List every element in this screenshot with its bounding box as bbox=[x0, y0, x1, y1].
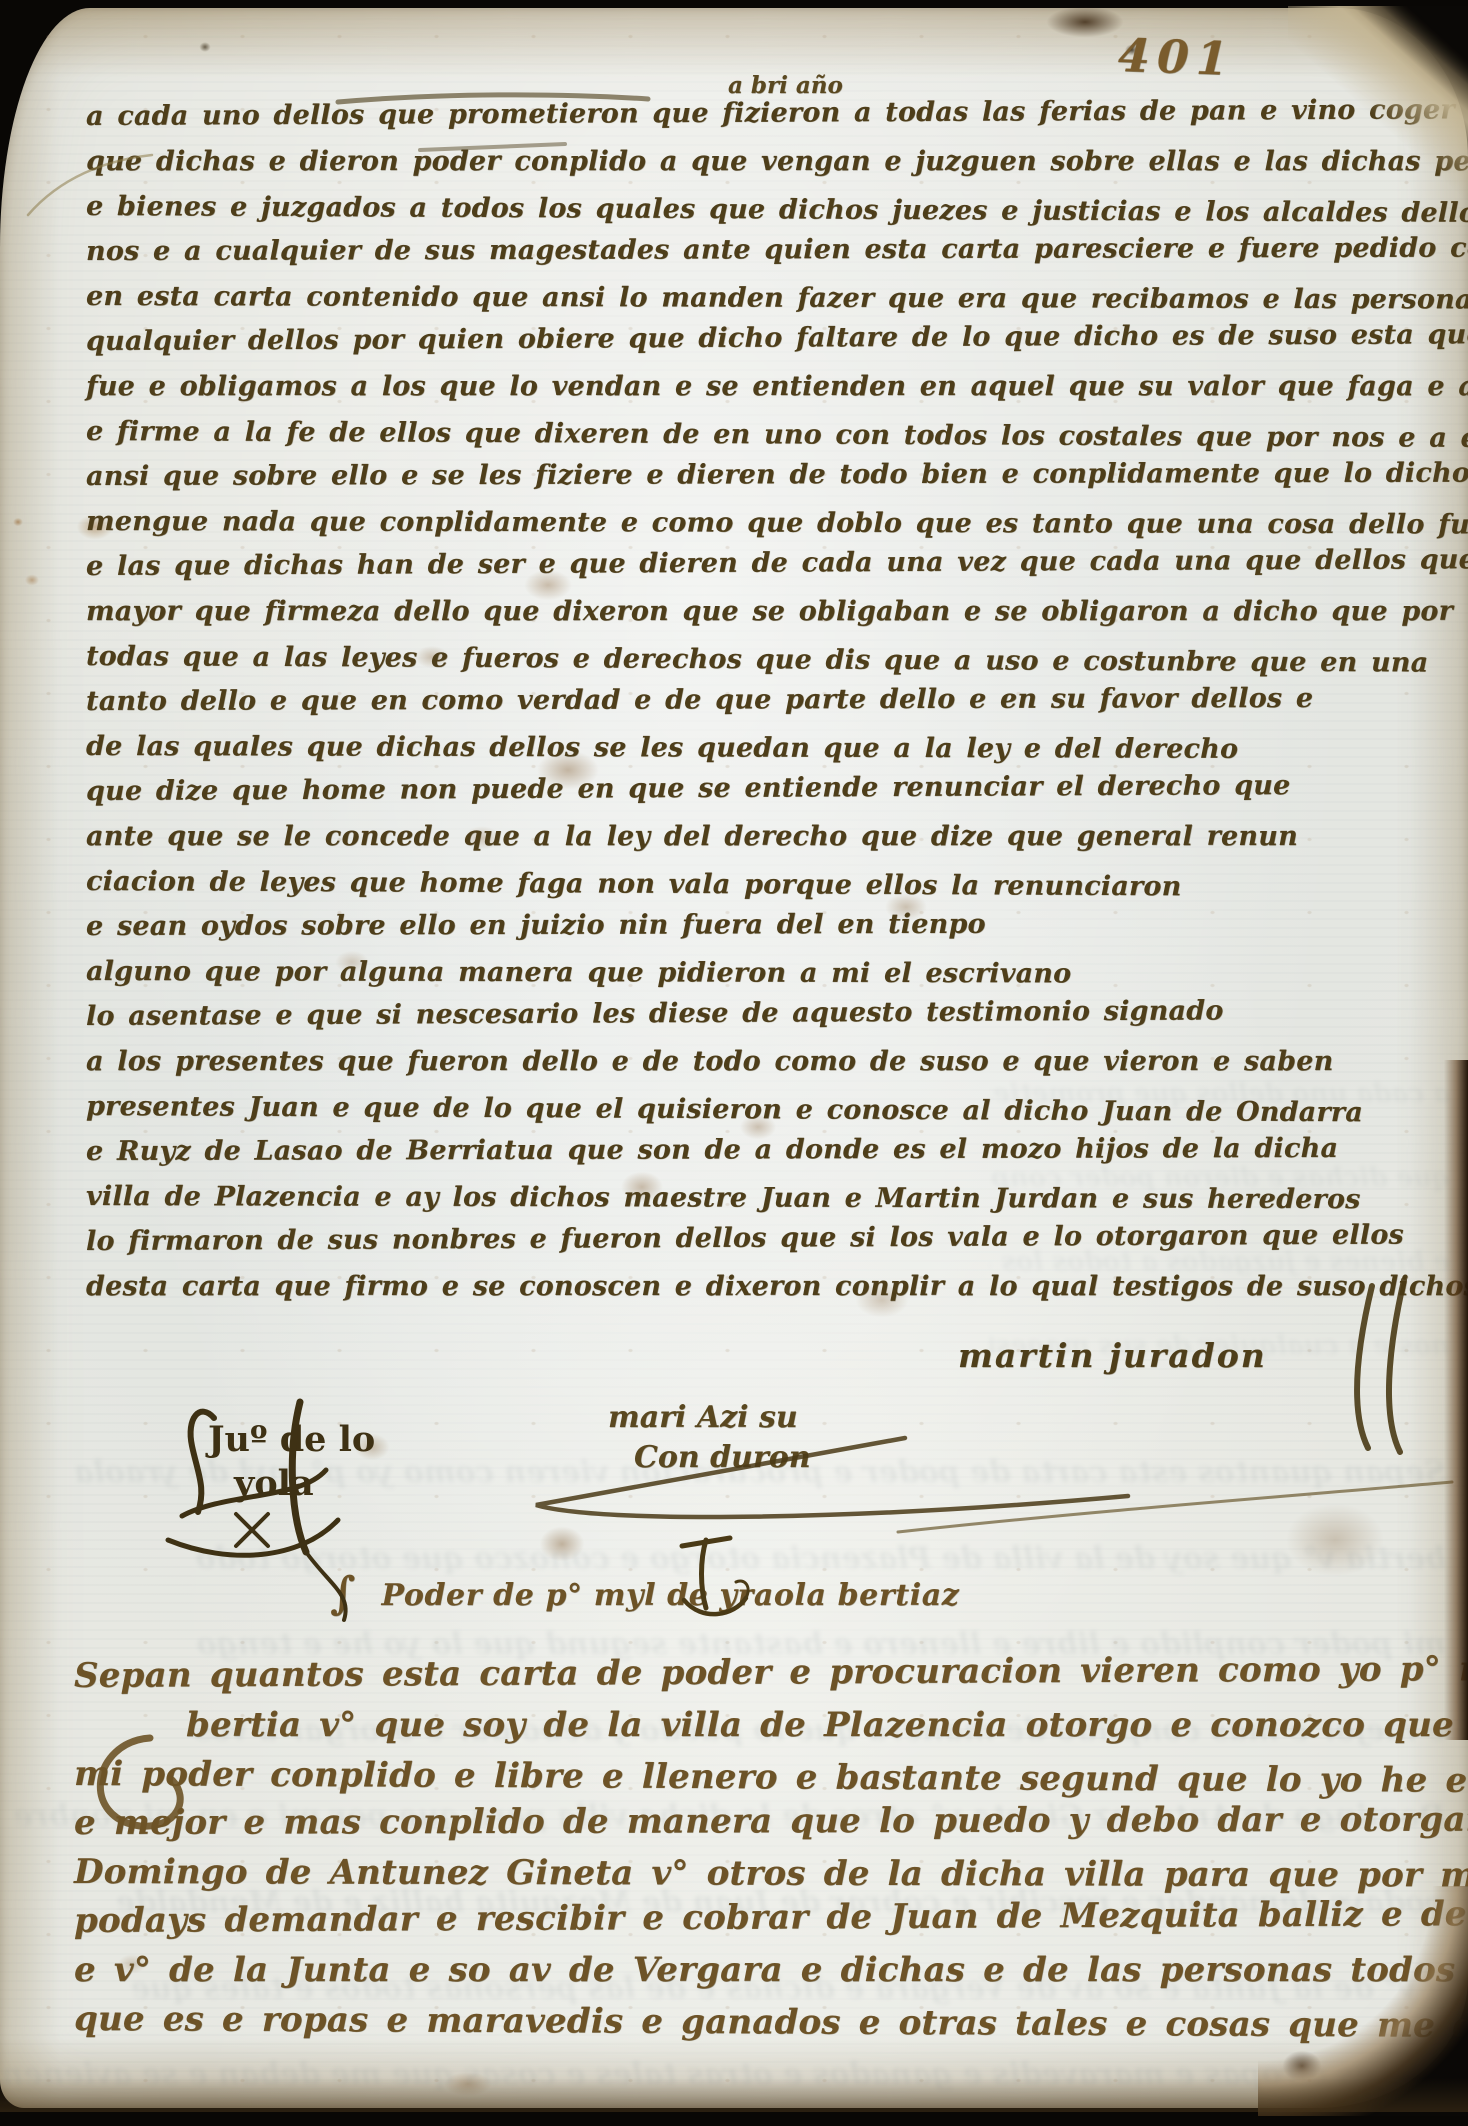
witness-signature-line2: Con duron bbox=[608, 1438, 811, 1478]
notary-rubric: Juº de lo yola bbox=[208, 1418, 375, 1506]
manuscript-line: desta carta que firmo e se conoscen e di… bbox=[86, 1264, 1446, 1309]
manuscript-line: que dize que home non puede en que se en… bbox=[86, 762, 1446, 814]
manuscript-line: bertia v° que soy de la villa de Plazenc… bbox=[74, 1701, 1466, 1750]
manuscript-line: ansi que sobre ello e se les fiziere e d… bbox=[86, 451, 1446, 499]
body-text-block: a cada uno dellos que prometieron que fi… bbox=[86, 94, 1446, 1309]
manuscript-line: e v° de la Junta e so av de Vergara e di… bbox=[74, 1946, 1466, 1995]
witness-signature: mari Azi su Con duron bbox=[608, 1398, 811, 1478]
manuscript-line: que dichas e dieron poder conplido a que… bbox=[86, 139, 1446, 184]
section-heading: Poder de p° myl de yraola bertiaz bbox=[381, 1574, 959, 1613]
notary-rubric-line2: yola bbox=[208, 1462, 375, 1506]
paragraph-sign-icon: ∫ bbox=[330, 1574, 355, 1614]
witness-signature-line1: mari Azi su bbox=[608, 1398, 811, 1438]
second-paragraph-block: Sepan quantos esta carta de poder e proc… bbox=[74, 1652, 1466, 2044]
manuscript-line: fue e obligamos a los que lo vendan e se… bbox=[86, 364, 1446, 409]
manuscript-line: e mejor e mas conplido de manera que lo … bbox=[74, 1796, 1466, 1848]
manuscript-line: lo asentase e que si nescesario les dies… bbox=[86, 987, 1446, 1039]
manuscript-line: Sepan quantos esta carta de poder e proc… bbox=[74, 1645, 1466, 1701]
manuscript-line: lo firmaron de sus nonbres e fueron dell… bbox=[86, 1212, 1446, 1264]
manuscript-line: e las que dichas han de ser e que dieren… bbox=[86, 537, 1446, 589]
manuscript-line: nos e a cualquier de sus magestades ante… bbox=[86, 226, 1446, 274]
manuscript-line: e Ruyz de Lasao de Berriatua que son de … bbox=[86, 1126, 1446, 1174]
manuscript-line: podays demandar e rescibir e cobrar de J… bbox=[74, 1890, 1466, 1946]
closing-name: martin juradon bbox=[958, 1336, 1267, 1375]
manuscript-line: mayor que firmeza dello que dixeron que … bbox=[86, 589, 1446, 634]
manuscript-scan: Sepan quantos esta carta de poder e proc… bbox=[0, 0, 1468, 2126]
manuscript-line: que es e ropas e maravedis e ganados e o… bbox=[74, 1995, 1466, 2051]
manuscript-line: ante que se le concede que a la ley del … bbox=[86, 814, 1446, 859]
manuscript-line: e sean oydos sobre ello en juizio nin fu… bbox=[86, 901, 1446, 949]
folio-number: 401 bbox=[1117, 28, 1236, 86]
notary-rubric-line1: Juº de lo bbox=[208, 1418, 375, 1462]
manuscript-line: tanto dello e que en como verdad e de qu… bbox=[86, 676, 1446, 724]
section-heading-row: ∫ Poder de p° myl de yraola bertiaz bbox=[330, 1574, 959, 1614]
manuscript-line: a los presentes que fueron dello e de to… bbox=[86, 1039, 1446, 1084]
manuscript-line: a cada uno dellos que prometieron que fi… bbox=[86, 87, 1446, 139]
manuscript-line: qualquier dellos por quien obiere que di… bbox=[86, 312, 1446, 364]
